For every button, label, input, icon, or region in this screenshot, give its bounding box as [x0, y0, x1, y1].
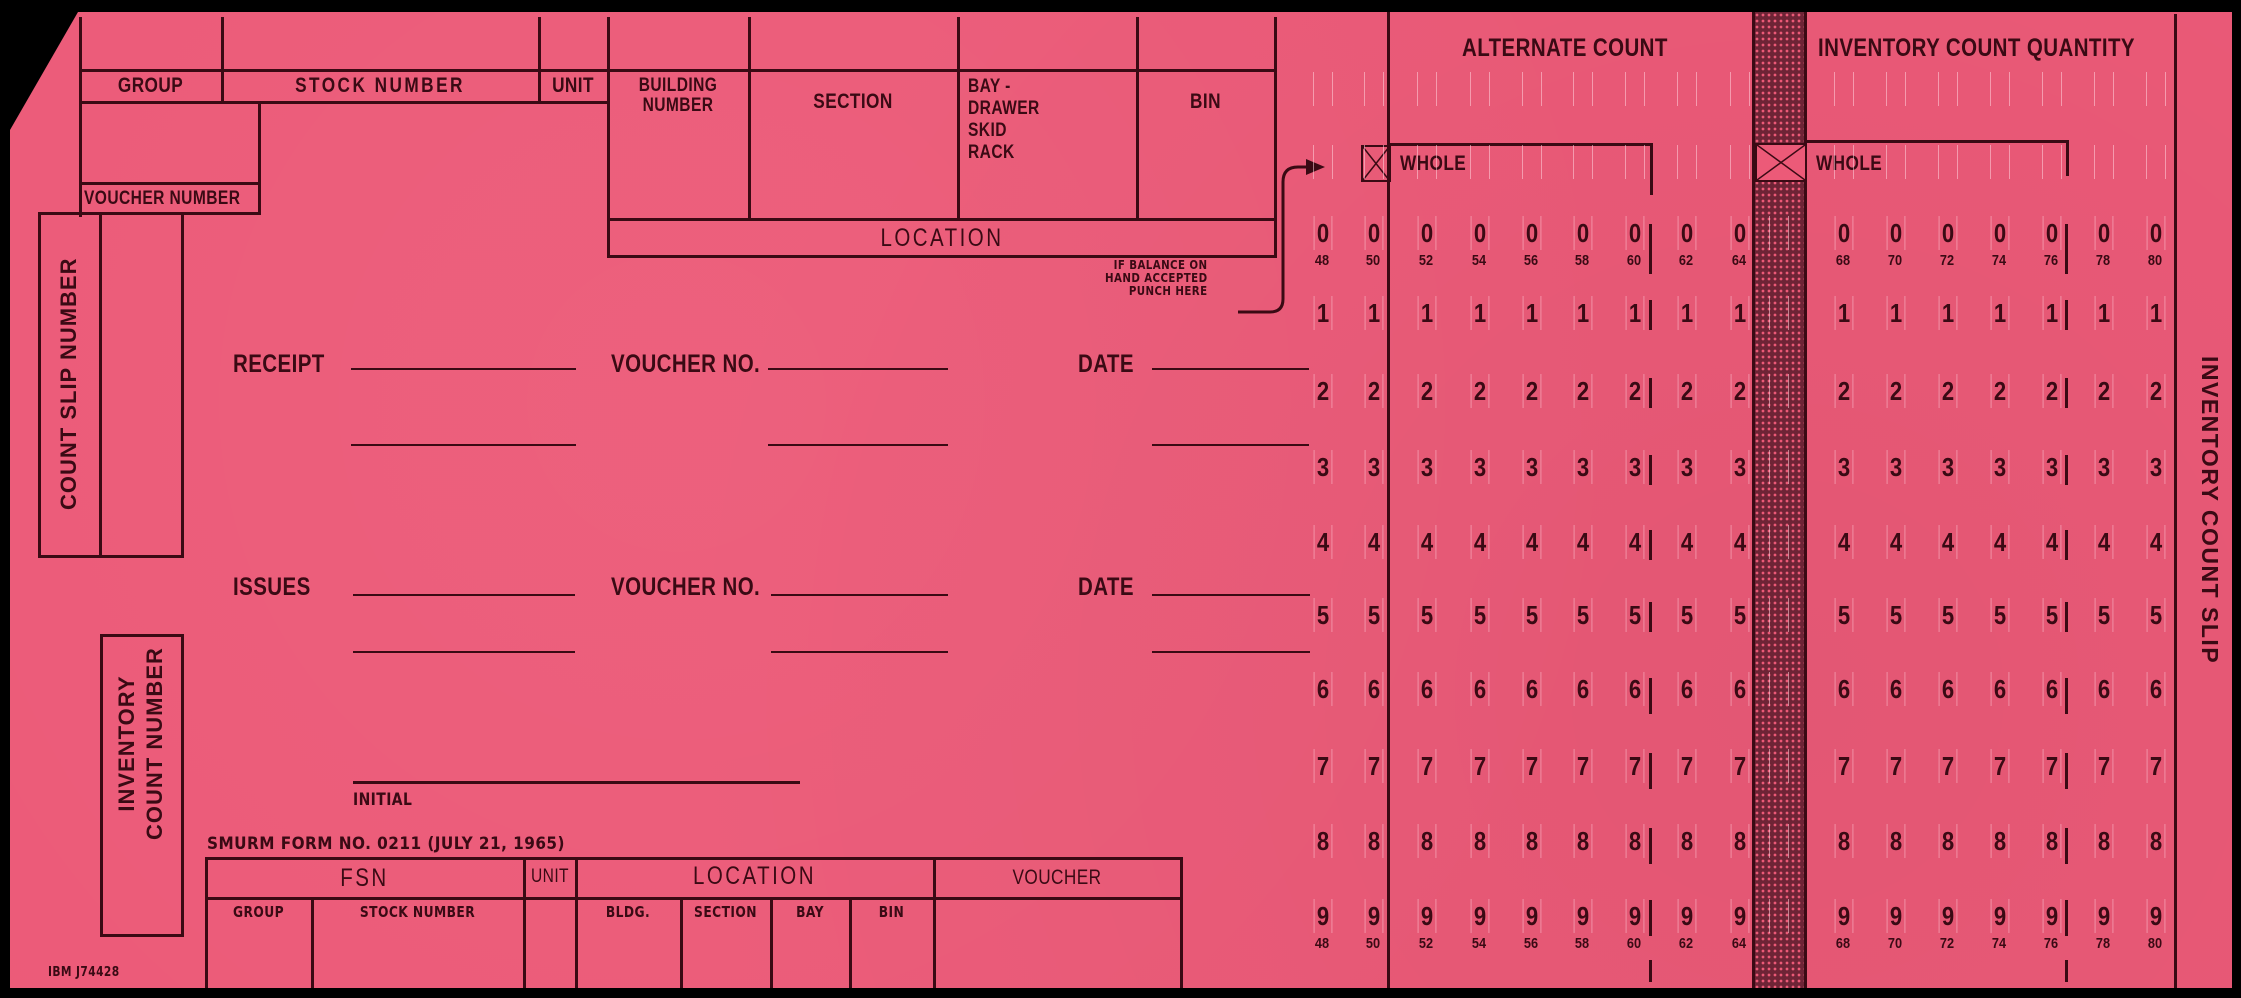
- punch-position-78-4[interactable]: 4: [2095, 525, 2114, 559]
- bay-label-line2: DRAWER: [968, 98, 1040, 120]
- punch-position-68-3[interactable]: 3: [1835, 450, 1854, 484]
- balance-note: IF BALANCE ON HAND ACCEPTED PUNCH HERE: [1105, 258, 1208, 297]
- punch-position-48-6[interactable]: 6: [1314, 672, 1333, 706]
- punch-slot-zone12[interactable]: [1470, 72, 1490, 106]
- punch-position-80-8[interactable]: 8: [2147, 824, 2166, 858]
- punch-position-56-8[interactable]: 8: [1523, 824, 1542, 858]
- punch-slot-zone12[interactable]: [2042, 72, 2062, 106]
- punch-position-54-3[interactable]: 3: [1471, 450, 1490, 484]
- punch-position-78-0[interactable]: 0: [2095, 216, 2114, 250]
- punch-position-72-1[interactable]: 1: [1939, 296, 1958, 330]
- punch-position-56-3[interactable]: 3: [1523, 450, 1542, 484]
- punch-position-52-3[interactable]: 3: [1418, 450, 1437, 484]
- punch-position-50-0[interactable]: 0: [1365, 216, 1384, 250]
- punch-position-52-7[interactable]: 7: [1418, 749, 1437, 783]
- punch-position-78-5[interactable]: 5: [2095, 598, 2114, 632]
- section-label: SECTION: [768, 90, 939, 114]
- column-number-top: 70: [1881, 252, 1910, 269]
- punch-position-50-7[interactable]: 7: [1365, 749, 1384, 783]
- punch-position-70-7[interactable]: 7: [1887, 749, 1906, 783]
- punch-position-62-0[interactable]: 0: [1678, 216, 1697, 250]
- punch-position-60-1[interactable]: 1: [1626, 296, 1645, 330]
- punch-slot-zone11[interactable]: [1573, 145, 1593, 179]
- punch-position-52-9[interactable]: 9: [1418, 899, 1437, 933]
- punch-position-62-7[interactable]: 7: [1678, 749, 1697, 783]
- column-number-top: 54: [1465, 252, 1494, 269]
- decimal-tick: [1649, 300, 1652, 330]
- punch-position-54-4[interactable]: 4: [1471, 525, 1490, 559]
- issues-voucher-no-label: VOUCHER NO.: [611, 573, 760, 602]
- punch-slot-zone11[interactable]: [1625, 145, 1645, 179]
- punch-position-48-8[interactable]: 8: [1314, 824, 1333, 858]
- column-number-bottom: 80: [2141, 935, 2170, 952]
- punch-position-54-6[interactable]: 6: [1471, 672, 1490, 706]
- punch-position-50-9[interactable]: 9: [1365, 899, 1384, 933]
- punch-position-58-5[interactable]: 5: [1574, 598, 1593, 632]
- punch-position-70-8[interactable]: 8: [1887, 824, 1906, 858]
- punch-position-60-2[interactable]: 2: [1626, 374, 1645, 408]
- footer-section-label: SECTION: [689, 903, 762, 921]
- punch-position-76-4[interactable]: 4: [2043, 525, 2062, 559]
- punch-position-76-5[interactable]: 5: [2043, 598, 2062, 632]
- punch-position-74-0[interactable]: 0: [1991, 216, 2010, 250]
- hatched-slot: [1769, 216, 1789, 250]
- bay-label-line1: BAY -: [968, 76, 1040, 98]
- column-number-top: 76: [2037, 252, 2066, 269]
- punch-position-56-6[interactable]: 6: [1523, 672, 1542, 706]
- punch-position-64-5[interactable]: 5: [1731, 598, 1750, 632]
- column-number-top: 68: [1829, 252, 1858, 269]
- punch-position-48-3[interactable]: 3: [1314, 450, 1333, 484]
- punch-position-70-1[interactable]: 1: [1887, 296, 1906, 330]
- decimal-tick: [1649, 378, 1652, 408]
- right-border-rule: [2174, 14, 2177, 988]
- punch-position-60-8[interactable]: 8: [1626, 824, 1645, 858]
- rule: [99, 212, 102, 557]
- punch-position-56-5[interactable]: 5: [1523, 598, 1542, 632]
- issues-date-line-2[interactable]: [1152, 651, 1310, 653]
- punch-slot-zone11[interactable]: [1522, 145, 1542, 179]
- punch-position-60-0[interactable]: 0: [1626, 216, 1645, 250]
- rule: [38, 555, 184, 558]
- punch-position-68-6[interactable]: 6: [1835, 672, 1854, 706]
- punch-position-52-4[interactable]: 4: [1418, 525, 1437, 559]
- column-number-bottom: 58: [1568, 935, 1597, 952]
- punch-position-74-2[interactable]: 2: [1991, 374, 2010, 408]
- punch-position-68-7[interactable]: 7: [1835, 749, 1854, 783]
- punch-position-56-2[interactable]: 2: [1523, 374, 1542, 408]
- punch-position-56-1[interactable]: 1: [1523, 296, 1542, 330]
- column-number-bottom: 76: [2037, 935, 2066, 952]
- receipt-date-line-2[interactable]: [1152, 444, 1309, 446]
- balance-note-line3: PUNCH HERE: [1105, 284, 1208, 297]
- punch-position-80-7[interactable]: 7: [2147, 749, 2166, 783]
- punch-position-68-5[interactable]: 5: [1835, 598, 1854, 632]
- rule: [205, 857, 208, 988]
- column-number-top: 72: [1933, 252, 1962, 269]
- punch-position-80-6[interactable]: 6: [2147, 672, 2166, 706]
- punch-slot-zone11[interactable]: [1417, 145, 1437, 179]
- punch-position-50-3[interactable]: 3: [1365, 450, 1384, 484]
- punch-position-58-8[interactable]: 8: [1574, 824, 1593, 858]
- punch-position-68-1[interactable]: 1: [1835, 296, 1854, 330]
- building-label-line2: NUMBER: [621, 96, 736, 116]
- footer-bay-label: BAY: [778, 903, 842, 921]
- punch-position-48-7[interactable]: 7: [1314, 749, 1333, 783]
- hatched-slot: [1769, 525, 1789, 559]
- punch-position-54-1[interactable]: 1: [1471, 296, 1490, 330]
- punch-position-74-9[interactable]: 9: [1991, 899, 2010, 933]
- punch-position-72-0[interactable]: 0: [1939, 216, 1958, 250]
- punch-position-68-4[interactable]: 4: [1835, 525, 1854, 559]
- rule: [748, 17, 751, 219]
- punch-position-72-5[interactable]: 5: [1939, 598, 1958, 632]
- punch-position-62-1[interactable]: 1: [1678, 296, 1697, 330]
- rule: [311, 897, 314, 988]
- initial-line[interactable]: [353, 781, 800, 784]
- rule: [100, 634, 103, 936]
- punch-position-50-8[interactable]: 8: [1365, 824, 1384, 858]
- punch-position-58-0[interactable]: 0: [1574, 216, 1593, 250]
- punch-position-50-2[interactable]: 2: [1365, 374, 1384, 408]
- punch-position-58-3[interactable]: 3: [1574, 450, 1593, 484]
- column-number-top: 58: [1568, 252, 1597, 269]
- location-label: LOCATION: [667, 224, 1216, 253]
- decimal-tick: [1649, 224, 1652, 274]
- punch-position-76-2[interactable]: 2: [2043, 374, 2062, 408]
- punch-slot-zone11[interactable]: [1938, 145, 1958, 179]
- voucher-number-label: VOUCHER NUMBER: [84, 188, 240, 210]
- punch-position-80-2[interactable]: 2: [2147, 374, 2166, 408]
- punch-position-74-4[interactable]: 4: [1991, 525, 2010, 559]
- column-number-top: 52: [1412, 252, 1441, 269]
- punch-position-70-4[interactable]: 4: [1887, 525, 1906, 559]
- punch-position-80-1[interactable]: 1: [2147, 296, 2166, 330]
- punch-position-52-1[interactable]: 1: [1418, 296, 1437, 330]
- punch-position-60-5[interactable]: 5: [1626, 598, 1645, 632]
- whole-bracket-end: [1650, 143, 1653, 195]
- receipt-voucher-no-label: VOUCHER NO.: [611, 350, 760, 379]
- column-number-bottom: 70: [1881, 935, 1910, 952]
- punch-position-74-7[interactable]: 7: [1991, 749, 2010, 783]
- rule: [1136, 17, 1139, 219]
- decimal-tick: [2065, 300, 2068, 330]
- punch-position-70-2[interactable]: 2: [1887, 374, 1906, 408]
- punch-slot-zone12[interactable]: [1573, 72, 1593, 106]
- punch-position-58-9[interactable]: 9: [1574, 899, 1593, 933]
- footer-stock-number-label: STOCK NUMBER: [331, 903, 504, 921]
- punch-position-70-9[interactable]: 9: [1887, 899, 1906, 933]
- punch-slot-zone12[interactable]: [1990, 72, 2010, 106]
- punch-slot-zone11[interactable]: [1470, 145, 1490, 179]
- column-number-top: 62: [1672, 252, 1701, 269]
- decimal-tick: [1649, 455, 1652, 485]
- punch-position-78-1[interactable]: 1: [2095, 296, 2114, 330]
- punch-position-64-1[interactable]: 1: [1731, 296, 1750, 330]
- decimal-tick: [1649, 530, 1652, 560]
- footer-voucher-label: VOUCHER: [956, 866, 1158, 890]
- footer-unit-label: UNIT: [529, 866, 572, 888]
- punch-position-52-0[interactable]: 0: [1418, 216, 1437, 250]
- receipt-line-2[interactable]: [351, 444, 576, 446]
- punch-position-74-6[interactable]: 6: [1991, 672, 2010, 706]
- punch-position-72-8[interactable]: 8: [1939, 824, 1958, 858]
- rule: [79, 101, 610, 104]
- hatched-slot: [1769, 899, 1789, 933]
- punch-slot-zone11[interactable]: [1990, 145, 2010, 179]
- punch-position-72-4[interactable]: 4: [1939, 525, 1958, 559]
- punch-position-48-0[interactable]: 0: [1314, 216, 1333, 250]
- receipt-voucher-line-1[interactable]: [768, 368, 948, 370]
- punch-slot-zone11[interactable]: [1834, 145, 1854, 179]
- punch-slot-zone12[interactable]: [2146, 72, 2166, 106]
- punch-position-56-4[interactable]: 4: [1523, 525, 1542, 559]
- receipt-line-1[interactable]: [351, 368, 576, 370]
- punch-position-52-2[interactable]: 2: [1418, 374, 1437, 408]
- column-number-bottom: 54: [1465, 935, 1494, 952]
- inventory-punch-box[interactable]: [1755, 143, 1807, 182]
- punch-position-52-5[interactable]: 5: [1418, 598, 1437, 632]
- punch-position-60-3[interactable]: 3: [1626, 450, 1645, 484]
- punch-position-52-8[interactable]: 8: [1418, 824, 1437, 858]
- punch-position-72-7[interactable]: 7: [1939, 749, 1958, 783]
- issues-date-label: DATE: [1078, 573, 1134, 602]
- punch-position-54-2[interactable]: 2: [1471, 374, 1490, 408]
- punch-slot-zone12[interactable]: [1417, 72, 1437, 106]
- punch-position-60-7[interactable]: 7: [1626, 749, 1645, 783]
- punch-slot-zone12[interactable]: [2094, 72, 2114, 106]
- punch-position-72-2[interactable]: 2: [1939, 374, 1958, 408]
- punch-position-64-4[interactable]: 4: [1731, 525, 1750, 559]
- rule: [100, 634, 184, 637]
- punch-slot-zone12[interactable]: [1313, 72, 1333, 106]
- punch-position-64-0[interactable]: 0: [1731, 216, 1750, 250]
- punch-position-48-1[interactable]: 1: [1314, 296, 1333, 330]
- punch-position-58-4[interactable]: 4: [1574, 525, 1593, 559]
- punch-slot-zone12[interactable]: [1522, 72, 1542, 106]
- bay-drawer-skid-rack-label: BAY - DRAWER SKID RACK: [968, 76, 1040, 164]
- decimal-tick: [1649, 753, 1652, 789]
- form-number: SMURM FORM NO. 0211 (JULY 21, 1965): [207, 834, 565, 854]
- rule: [38, 212, 184, 215]
- punch-position-80-9[interactable]: 9: [2147, 899, 2166, 933]
- punch-position-60-6[interactable]: 6: [1626, 672, 1645, 706]
- punch-position-62-9[interactable]: 9: [1678, 899, 1697, 933]
- decimal-tick: [2065, 753, 2068, 789]
- receipt-date-line-1[interactable]: [1152, 368, 1309, 370]
- column-number-top: 56: [1517, 252, 1546, 269]
- punch-position-62-2[interactable]: 2: [1678, 374, 1697, 408]
- punch-slot-zone12[interactable]: [1677, 72, 1697, 106]
- punch-position-50-5[interactable]: 5: [1365, 598, 1384, 632]
- punch-position-76-0[interactable]: 0: [2043, 216, 2062, 250]
- punch-slot-zone11[interactable]: [1730, 145, 1750, 179]
- rule: [79, 182, 261, 185]
- column-number-bottom: 48: [1308, 935, 1337, 952]
- punch-position-58-1[interactable]: 1: [1574, 296, 1593, 330]
- punch-position-80-4[interactable]: 4: [2147, 525, 2166, 559]
- punch-position-74-1[interactable]: 1: [1991, 296, 2010, 330]
- unit-label: UNIT: [545, 74, 601, 98]
- punch-position-64-6[interactable]: 6: [1731, 672, 1750, 706]
- punch-position-52-6[interactable]: 6: [1418, 672, 1437, 706]
- punch-position-76-8[interactable]: 8: [2043, 824, 2062, 858]
- decimal-tick: [2065, 602, 2068, 632]
- punch-position-70-0[interactable]: 0: [1887, 216, 1906, 250]
- punch-position-56-0[interactable]: 0: [1523, 216, 1542, 250]
- punch-position-78-6[interactable]: 6: [2095, 672, 2114, 706]
- punch-position-76-6[interactable]: 6: [2043, 672, 2062, 706]
- punch-position-50-4[interactable]: 4: [1365, 525, 1384, 559]
- punch-position-78-9[interactable]: 9: [2095, 899, 2114, 933]
- punch-position-58-6[interactable]: 6: [1574, 672, 1593, 706]
- issues-voucher-line-2[interactable]: [771, 651, 948, 653]
- rule: [181, 212, 184, 557]
- issues-line-1[interactable]: [353, 594, 575, 596]
- rule: [205, 857, 1183, 860]
- punch-position-48-5[interactable]: 5: [1314, 598, 1333, 632]
- punch-position-80-0[interactable]: 0: [2147, 216, 2166, 250]
- punch-position-62-6[interactable]: 6: [1678, 672, 1697, 706]
- punch-slot-zone11[interactable]: [2042, 145, 2062, 179]
- punch-slot-zone12[interactable]: [1938, 72, 1958, 106]
- punch-position-80-5[interactable]: 5: [2147, 598, 2166, 632]
- punch-position-54-9[interactable]: 9: [1471, 899, 1490, 933]
- column-number-bottom: 62: [1672, 935, 1701, 952]
- rule: [1180, 857, 1183, 988]
- punch-position-48-4[interactable]: 4: [1314, 525, 1333, 559]
- whole-bracket-top: [1804, 140, 2068, 143]
- column-number-bottom: 68: [1829, 935, 1858, 952]
- column-number-bottom: 64: [1725, 935, 1754, 952]
- punch-position-50-1[interactable]: 1: [1365, 296, 1384, 330]
- punch-position-60-4[interactable]: 4: [1626, 525, 1645, 559]
- punch-slot-zone11[interactable]: [1313, 145, 1333, 179]
- column-number-top: 64: [1725, 252, 1754, 269]
- punch-position-64-8[interactable]: 8: [1731, 824, 1750, 858]
- punch-position-70-5[interactable]: 5: [1887, 598, 1906, 632]
- punch-position-60-9[interactable]: 9: [1626, 899, 1645, 933]
- issues-voucher-line-1[interactable]: [771, 594, 948, 596]
- punch-position-62-8[interactable]: 8: [1678, 824, 1697, 858]
- punch-position-72-6[interactable]: 6: [1939, 672, 1958, 706]
- punch-slot-zone11[interactable]: [2146, 145, 2166, 179]
- rule: [770, 897, 773, 988]
- punch-position-74-3[interactable]: 3: [1991, 450, 2010, 484]
- punch-position-54-5[interactable]: 5: [1471, 598, 1490, 632]
- x-mark-icon: [1757, 145, 1805, 180]
- decimal-tick: [1649, 602, 1652, 632]
- punch-position-76-7[interactable]: 7: [2043, 749, 2062, 783]
- punch-position-76-1[interactable]: 1: [2043, 296, 2062, 330]
- hatched-slot: [1769, 672, 1789, 706]
- punch-position-62-5[interactable]: 5: [1678, 598, 1697, 632]
- punch-slot-zone11[interactable]: [1677, 145, 1697, 179]
- rule: [38, 212, 41, 557]
- punch-position-64-7[interactable]: 7: [1731, 749, 1750, 783]
- column-number-bottom: 60: [1620, 935, 1649, 952]
- bay-label-line4: RACK: [968, 142, 1040, 164]
- issues-date-line-1[interactable]: [1152, 594, 1310, 596]
- column-number-top: 50: [1359, 252, 1388, 269]
- punch-position-70-3[interactable]: 3: [1887, 450, 1906, 484]
- punch-slot-zone12[interactable]: [1886, 72, 1906, 106]
- alternate-count-title: ALTERNATE COUNT: [1462, 34, 1668, 63]
- punch-position-48-2[interactable]: 2: [1314, 374, 1333, 408]
- column-number-top: 60: [1620, 252, 1649, 269]
- punch-position-54-8[interactable]: 8: [1471, 824, 1490, 858]
- punch-position-78-7[interactable]: 7: [2095, 749, 2114, 783]
- punch-position-74-5[interactable]: 5: [1991, 598, 2010, 632]
- punch-position-56-7[interactable]: 7: [1523, 749, 1542, 783]
- issues-label: ISSUES: [233, 573, 311, 602]
- punch-position-78-3[interactable]: 3: [2095, 450, 2114, 484]
- rule: [221, 17, 224, 102]
- issues-line-2[interactable]: [353, 651, 575, 653]
- punch-position-80-3[interactable]: 3: [2147, 450, 2166, 484]
- punch-position-62-3[interactable]: 3: [1678, 450, 1697, 484]
- punch-position-78-8[interactable]: 8: [2095, 824, 2114, 858]
- punch-position-72-9[interactable]: 9: [1939, 899, 1958, 933]
- column-number-top: 78: [2089, 252, 2118, 269]
- punch-position-48-9[interactable]: 9: [1314, 899, 1333, 933]
- punch-position-68-9[interactable]: 9: [1835, 899, 1854, 933]
- punch-slot-zone12[interactable]: [1625, 72, 1645, 106]
- decimal-tick: [1649, 960, 1652, 982]
- rule: [957, 17, 960, 219]
- decimal-tick: [1649, 678, 1652, 714]
- receipt-voucher-line-2[interactable]: [768, 444, 948, 446]
- punch-position-64-9[interactable]: 9: [1731, 899, 1750, 933]
- column-number-bottom: 74: [1985, 935, 2014, 952]
- count-slip-number-label: COUNT SLIP NUMBER: [56, 258, 82, 511]
- punch-position-64-2[interactable]: 2: [1731, 374, 1750, 408]
- punch-position-54-0[interactable]: 0: [1471, 216, 1490, 250]
- punch-position-62-4[interactable]: 4: [1678, 525, 1697, 559]
- punch-slot-zone11[interactable]: [2094, 145, 2114, 179]
- rule: [181, 634, 184, 936]
- punch-slot-zone11[interactable]: [1364, 145, 1384, 179]
- rule: [575, 857, 578, 988]
- punch-position-74-8[interactable]: 8: [1991, 824, 2010, 858]
- punch-position-56-9[interactable]: 9: [1523, 899, 1542, 933]
- whole-bracket-end: [2066, 140, 2069, 176]
- punch-position-58-2[interactable]: 2: [1574, 374, 1593, 408]
- decimal-tick: [2065, 828, 2068, 864]
- punch-position-70-6[interactable]: 6: [1887, 672, 1906, 706]
- punch-slot-zone12[interactable]: [1730, 72, 1750, 106]
- punch-position-76-9[interactable]: 9: [2043, 899, 2062, 933]
- punch-position-58-7[interactable]: 7: [1574, 749, 1593, 783]
- punch-position-68-2[interactable]: 2: [1835, 374, 1854, 408]
- punch-position-76-3[interactable]: 3: [2043, 450, 2062, 484]
- building-number-label: BUILDING NUMBER: [621, 76, 736, 116]
- punch-slot-zone12[interactable]: [1364, 72, 1384, 106]
- punch-position-68-8[interactable]: 8: [1835, 824, 1854, 858]
- punch-position-68-0[interactable]: 0: [1835, 216, 1854, 250]
- punch-position-54-7[interactable]: 7: [1471, 749, 1490, 783]
- hatched-slot: [1769, 374, 1789, 408]
- initial-label: INITIAL: [353, 790, 412, 810]
- punch-slot-zone11[interactable]: [1886, 145, 1906, 179]
- punch-position-78-2[interactable]: 2: [2095, 374, 2114, 408]
- punch-position-64-3[interactable]: 3: [1731, 450, 1750, 484]
- punch-position-72-3[interactable]: 3: [1939, 450, 1958, 484]
- punch-position-50-6[interactable]: 6: [1365, 672, 1384, 706]
- punch-slot-zone12[interactable]: [1834, 72, 1854, 106]
- rule: [79, 17, 82, 217]
- label-line2: COUNT NUMBER: [141, 647, 169, 840]
